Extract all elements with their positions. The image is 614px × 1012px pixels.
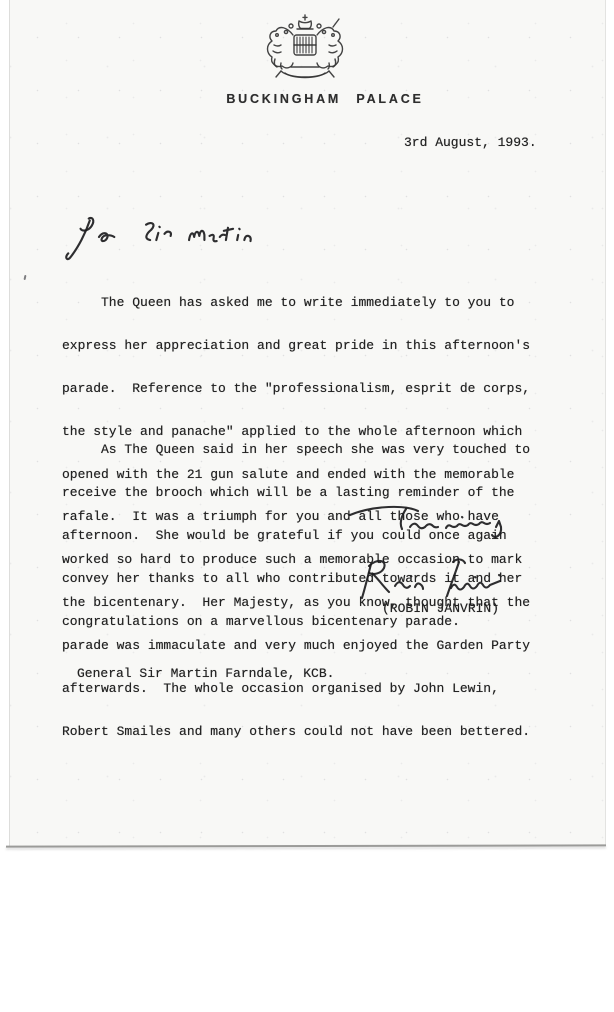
royal-coat-of-arms-icon	[261, 14, 349, 88]
typed-line: The Queen has asked me to write immediat…	[62, 297, 530, 310]
typed-line: parade. Reference to the "professionalis…	[62, 383, 530, 396]
signature-typed-name: (ROBIN JANVRIN)	[382, 601, 499, 616]
typed-line: Robert Smailes and many others could not…	[62, 726, 530, 739]
typed-line: express her appreciation and great pride…	[62, 340, 530, 353]
sheet-bottom-edge	[6, 844, 606, 847]
handwritten-signature	[349, 554, 537, 606]
letter-date: 3rd August, 1993.	[404, 135, 537, 150]
scanned-letter-page: BUCKINGHAM PALACE 3rd August, 1993. The …	[0, 0, 614, 1012]
typed-line: As The Queen said in her speech she was …	[62, 444, 530, 457]
typed-line: congratulations on a marvellous bicenten…	[62, 616, 530, 629]
typed-line: afterwards. The whole occasion organised…	[62, 683, 530, 696]
handwritten-salutation	[58, 212, 273, 264]
typed-line: receive the brooch which will be a lasti…	[62, 487, 530, 500]
recipient-line: General Sir Martin Farndale, KCB.	[77, 666, 334, 681]
handwritten-valediction	[344, 501, 534, 549]
letterhead-title: BUCKINGHAM PALACE	[226, 92, 423, 106]
